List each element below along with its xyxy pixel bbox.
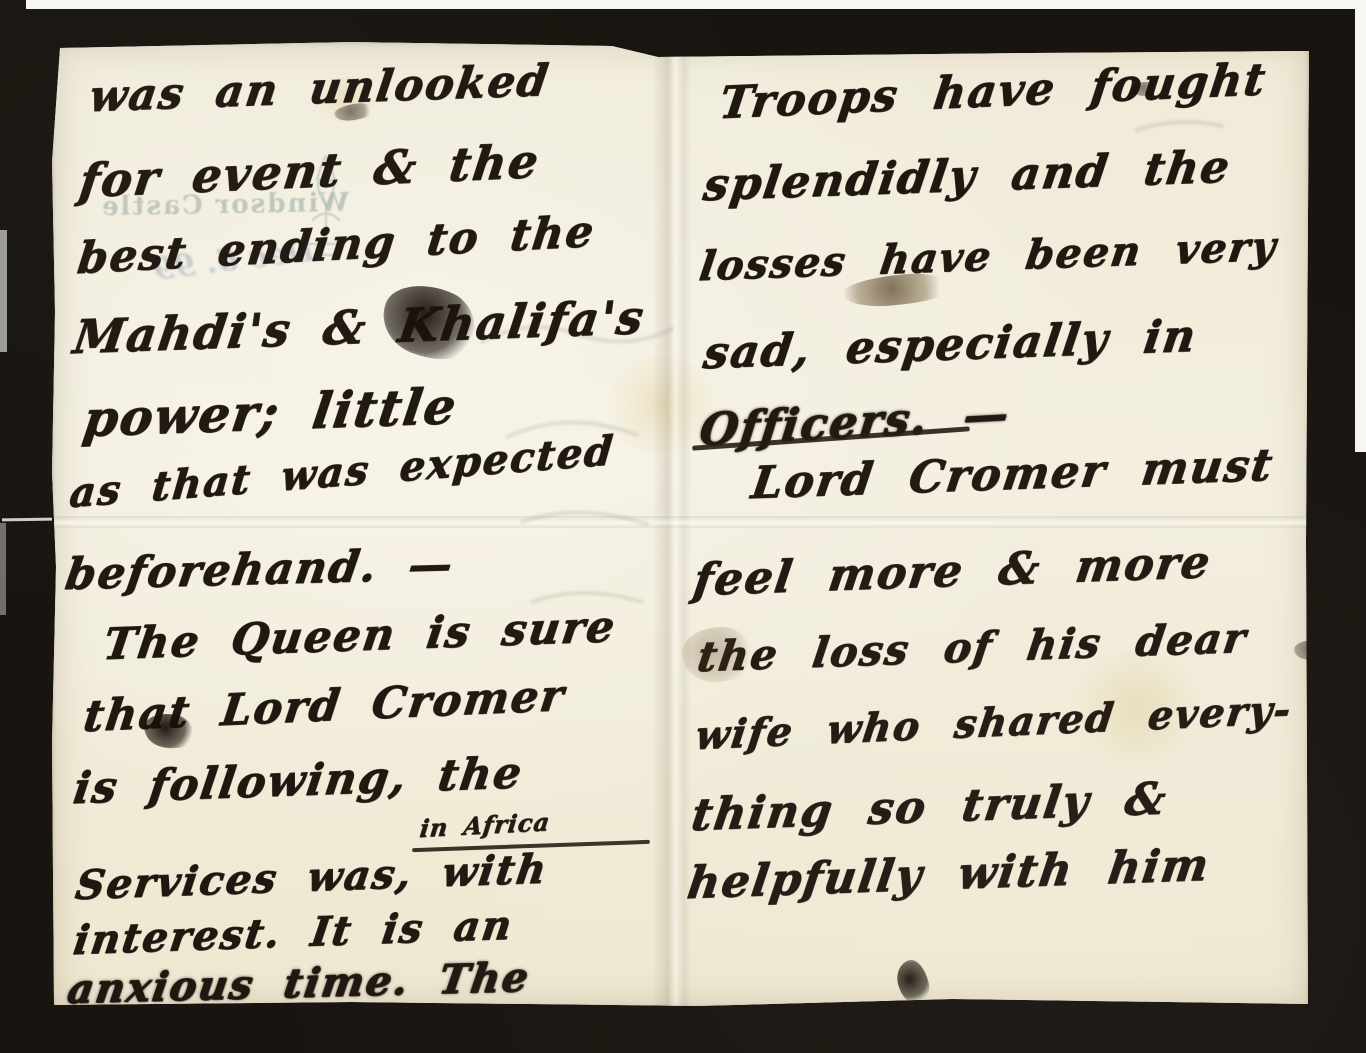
fold-crease-horizontal bbox=[52, 516, 1309, 528]
handwriting-line: for event & the bbox=[76, 134, 543, 208]
handwriting-line: wife who shared every- bbox=[693, 687, 1295, 759]
crease-scratch bbox=[2, 518, 52, 522]
handwriting-line: interest. It is an bbox=[71, 902, 517, 965]
handwriting-line: is following, the bbox=[70, 748, 526, 814]
ink-blot bbox=[893, 957, 933, 1007]
fold-crease-vertical bbox=[652, 42, 692, 1007]
handwriting-line: splendidly and the bbox=[700, 141, 1234, 211]
scan-edge-right bbox=[1355, 0, 1366, 452]
scan-edge-left-grey bbox=[0, 230, 7, 352]
handwriting-line: thing so truly & bbox=[688, 773, 1170, 841]
inserted-words: in Africa bbox=[418, 807, 552, 843]
ink-specks bbox=[1132, 82, 1158, 96]
handwriting-line: Services was, with bbox=[73, 845, 551, 909]
handwriting-line: The Queen is sure bbox=[100, 602, 619, 670]
handwriting-line: Troops have fought bbox=[717, 54, 1270, 129]
handwriting-line: Lord Cromer must bbox=[748, 440, 1277, 509]
handwriting-line: beforehand. — bbox=[62, 540, 457, 600]
letter-paper: Windsor Castle Dec 6. 99 was an unlooked… bbox=[52, 42, 1309, 1007]
handwriting-line: losses have been very bbox=[697, 223, 1281, 290]
handwriting-line: was an unlooked bbox=[86, 56, 552, 122]
handwriting-line: Mahdi's & Khalifa's bbox=[70, 290, 648, 364]
handwriting-line: power; little bbox=[80, 377, 462, 448]
handwriting-line: the loss of his dear bbox=[695, 614, 1251, 681]
handwriting-line: helpfully with him bbox=[684, 840, 1213, 910]
album-scan: Windsor Castle Dec 6. 99 was an unlooked… bbox=[0, 0, 1366, 1053]
scan-edge-top bbox=[26, 0, 1366, 9]
ink-smudge bbox=[1294, 640, 1309, 660]
ink-smudge bbox=[682, 627, 752, 682]
handwriting-line: feel more & more bbox=[690, 537, 1214, 606]
handwriting-line: sad, especially in bbox=[700, 311, 1200, 379]
scan-edge-left-grey-2 bbox=[0, 523, 6, 615]
ink-blot bbox=[373, 273, 486, 371]
